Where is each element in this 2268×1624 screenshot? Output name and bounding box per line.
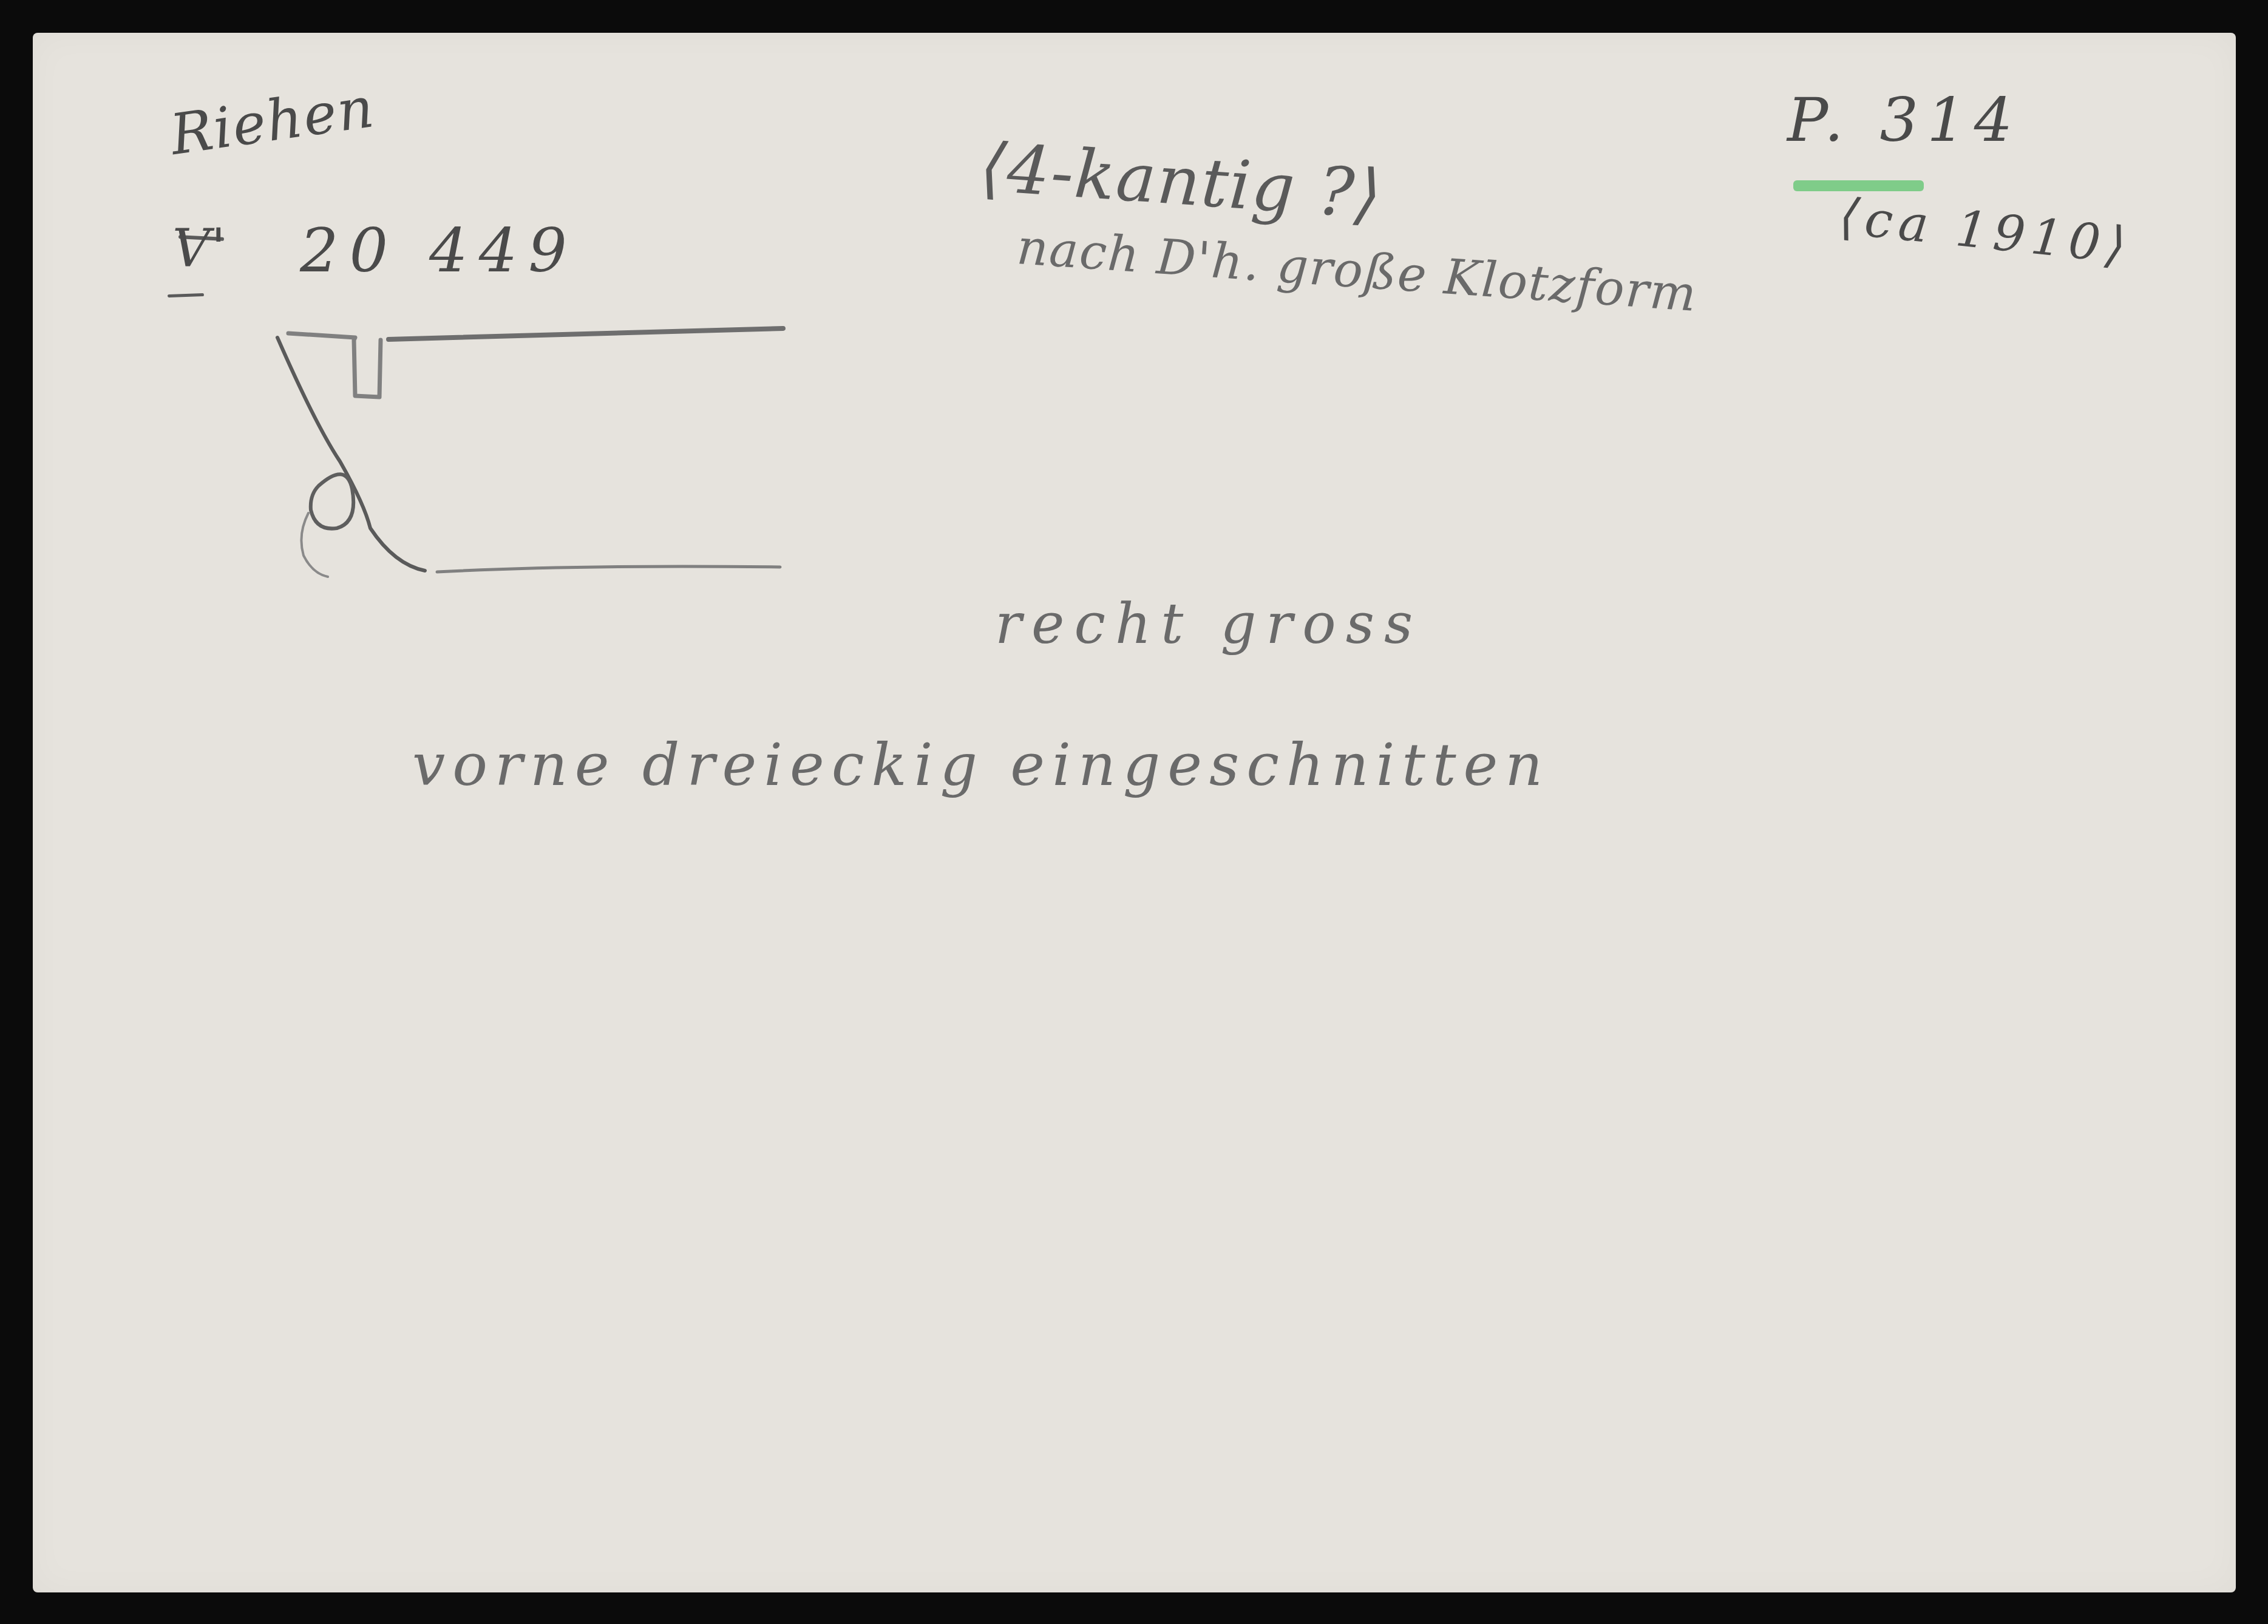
shape-note: ⟨4-kantig ?⟩ (977, 128, 1385, 234)
front-note: vorne dreieckig eingeschnitten (412, 731, 1550, 799)
place-name: Riehen (166, 75, 379, 168)
after-note: nach D'h. große Klotzform (1015, 219, 1699, 322)
inventory-number: 20 449 (300, 215, 578, 286)
size-note: recht gross (995, 591, 1422, 656)
page-reference: P. 314 (1787, 84, 2021, 155)
date-note: ⟨ca 1910⟩ (1836, 188, 2134, 276)
prefix-underline (168, 293, 204, 297)
archive-card: Riehen V' 20 449 ⟨4-kantig ?⟩ nach D'h. … (33, 33, 2236, 1592)
inventory-prefix: V' (172, 218, 227, 279)
